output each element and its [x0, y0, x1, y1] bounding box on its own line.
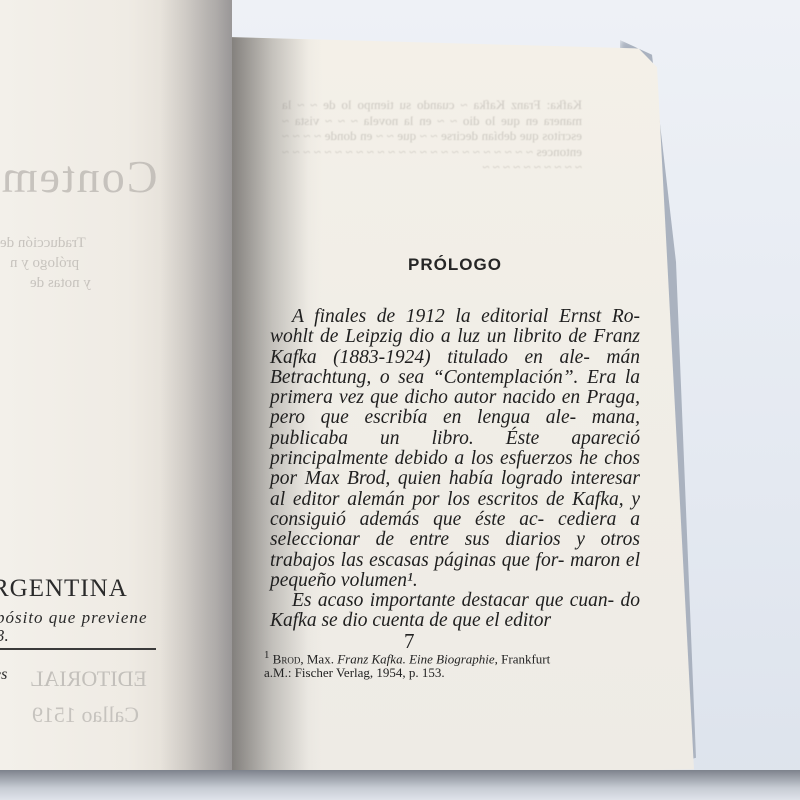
footnote-title: Franz Kafka. Eine Biographie,: [337, 651, 498, 666]
footnote-rest-1: Frankfurt: [501, 651, 550, 666]
left-bleed-line: Traducción de: [0, 235, 86, 252]
left-page: Contempl Traducción de prólogo y n y not…: [0, 0, 232, 800]
footnote-author-rest: , Max.: [300, 651, 334, 666]
paragraph-2: Es acaso importante destacar que cuan- d…: [270, 591, 640, 632]
left-gutter-shadow: [160, 0, 232, 800]
left-bleed-line: prólogo y n: [10, 255, 79, 272]
page-number: 7: [404, 629, 415, 654]
left-bottom-fragment: es: [0, 666, 7, 684]
left-divider: [0, 648, 156, 650]
left-stamp-line-1: EDITORIAL: [30, 666, 147, 692]
left-stamp-line-2: Callao 1519: [32, 702, 139, 728]
page-content: PRÓLOGO A finales de 1912 la editorial E…: [270, 255, 640, 680]
text-line: Es acaso importante destacar que cuan-: [292, 590, 614, 611]
paragraph-1: A finales de 1912 la editorial Ernst Ro-…: [270, 307, 640, 591]
page-title: PRÓLOGO: [270, 255, 640, 275]
text-line: wohlt de Leipzig dio a luz un librito de: [270, 326, 587, 347]
left-bleed-line: y notas de: [30, 275, 91, 292]
left-heading-fragment: RGENTINA: [0, 575, 128, 603]
text-line: principalmente debido a los esfuerzos he: [270, 448, 598, 469]
footnote-marker: 1: [264, 649, 269, 661]
right-page: Kafka: Franz Kafka ~ cuando su tiempo lo…: [232, 22, 694, 777]
footnote-author: Brod: [273, 651, 301, 666]
bleed-through-text: Kafka: Franz Kafka ~ cuando su tiempo lo…: [282, 97, 582, 175]
bottom-edge-shadow: [0, 770, 800, 800]
left-bleed-title: Contempl: [0, 150, 157, 203]
left-italic-line-2: 3.: [0, 626, 9, 646]
text-line: A finales de 1912 la editorial Ernst Ro-: [292, 306, 640, 327]
footnote-rest-2: a.M.: Fischer Verlag, 1954, p. 153.: [264, 665, 445, 680]
book-photo: Contempl Traducción de prólogo y n y not…: [0, 0, 800, 800]
footnote: 1 Brod, Max. Franz Kafka. Eine Biographi…: [264, 648, 644, 680]
left-italic-line: pósito que previene: [0, 608, 148, 628]
